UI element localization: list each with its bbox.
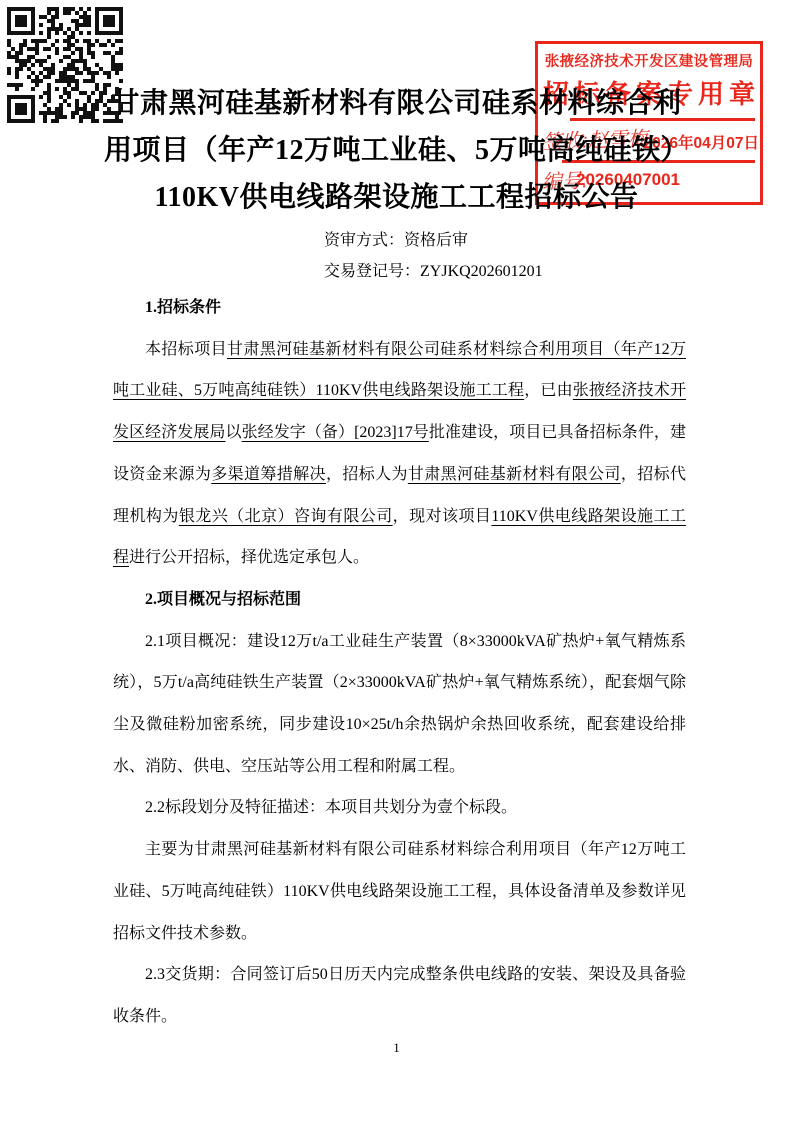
text-segment: 以 (226, 424, 242, 441)
underlined-text-segment: 甘肃黑河硅基新材料有限公司 (408, 466, 621, 483)
text-segment: 主要为甘肃黑河硅基新材料有限公司硅系材料综合利用项目（年产12万吨工业硅、5万吨… (113, 841, 686, 941)
text-segment: ，现对该项目 (393, 508, 492, 525)
text-segment: ，招标人为 (326, 466, 408, 483)
paragraph: 本招标项目甘肃黑河硅基新材料有限公司硅系材料综合利用项目（年产12万吨工业硅、5… (113, 329, 686, 579)
qr-code-icon (7, 7, 123, 123)
review-method-line: 资审方式：资格后审 (324, 225, 793, 256)
text-segment: 1.招标条件 (145, 299, 221, 316)
review-method-value: 资格后审 (404, 232, 468, 249)
document-meta: 资审方式：资格后审 交易登记号：ZYJKQ202601201 (324, 225, 793, 287)
text-segment: 本招标项目 (145, 341, 227, 358)
section-heading: 1.招标条件 (113, 287, 686, 329)
registration-label: 交易登记号： (324, 263, 420, 280)
paragraph: 主要为甘肃黑河硅基新材料有限公司硅系材料综合利用项目（年产12万吨工业硅、5万吨… (113, 829, 686, 954)
review-method-label: 资审方式： (324, 232, 404, 249)
paragraph: 2.1项目概况：建设12万t/a工业硅生产装置（8×33000kVA矿热炉+氧气… (113, 621, 686, 788)
underlined-text-segment: 张经发字（备）[2023]17号 (242, 424, 429, 441)
registration-value: ZYJKQ202601201 (420, 263, 543, 280)
underlined-text-segment: 多渠道筹措解决 (211, 466, 326, 483)
text-segment: 2.1项目概况：建设12万t/a工业硅生产装置（8×33000kVA矿热炉+氧气… (113, 633, 686, 775)
section-heading: 2.项目概况与招标范围 (113, 579, 686, 621)
document-page: 张掖经济技术开发区建设管理局 招标备案专用章 签收:赵雪梅 2026年04月07… (0, 0, 793, 1122)
text-segment: 2.3交货期：合同签订后50日历天内完成整条供电线路的安装、架设及具备验收条件。 (113, 966, 686, 1025)
document-body: 1.招标条件本招标项目甘肃黑河硅基新材料有限公司硅系材料综合利用项目（年产12万… (113, 287, 686, 1038)
paragraph: 2.3交货期：合同签订后50日历天内完成整条供电线路的安装、架设及具备验收条件。 (113, 954, 686, 1037)
underlined-text-segment: 银龙兴（北京）咨询有限公司 (179, 508, 393, 525)
text-segment: 进行公开招标，择优选定承包人。 (129, 549, 369, 566)
text-segment: ，已由 (524, 382, 573, 399)
transaction-registration-line: 交易登记号：ZYJKQ202601201 (324, 256, 793, 287)
paragraph: 2.2标段划分及特征描述：本项目共划分为壹个标段。 (113, 787, 686, 829)
title-line-2: 用项目（年产12万吨工业硅、5万吨高纯硅铁） (0, 127, 793, 174)
text-segment: 2.项目概况与招标范围 (145, 591, 301, 608)
title-line-3: 110KV供电线路架设施工工程招标公告 (0, 174, 793, 221)
text-segment: 2.2标段划分及特征描述：本项目共划分为壹个标段。 (145, 799, 517, 816)
page-number: 1 (0, 1040, 793, 1056)
